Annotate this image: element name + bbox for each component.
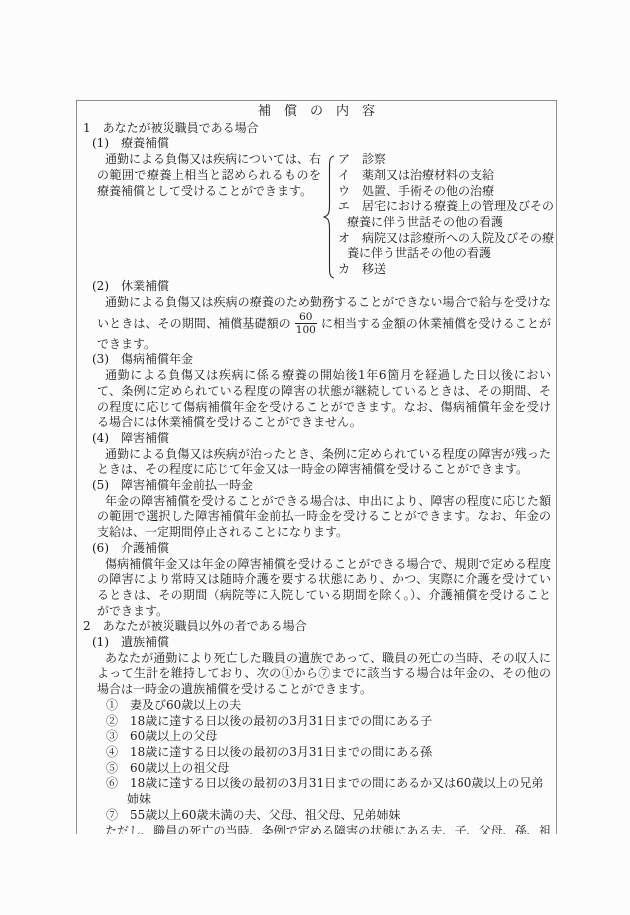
section-1-heading: 1 あなたが被災職員である場合 <box>77 121 556 137</box>
survivor-eligibility-list: ① 妻及び60歳以上の夫 ② 18歳に達する日以後の最初の3月31日までの間にあ… <box>106 698 554 824</box>
scope-item-o: オ 病院又は診療所への入院及びその療養に伴う世話その他の看護 <box>338 231 554 262</box>
injury-pension-body: 通勤による負傷又は疾病に係る療養の開始後1年6箇月を経過した日以後において、条例… <box>97 368 551 431</box>
survivor-item-1: ① 妻及び60歳以上の夫 <box>106 698 554 714</box>
disability-compensation-body: 通勤による負傷又は疾病が治ったとき、条例に定められている程度の障害が残ったときは… <box>97 447 551 478</box>
survivor-item-7: ⑦ 55歳以上60歳未満の夫、父母、祖父母、兄弟姉妹 <box>106 808 554 824</box>
nursing-care-body: 傷病補償年金又は年金の障害補償を受けることができる場合で、規則で定める程度の障害… <box>97 557 551 620</box>
survivor-note: ただし、職員の死亡の当時、条例で定める障害の状態にある夫、子、父母、孫、祖父母又… <box>97 824 551 835</box>
scope-item-e: エ 居宅における療養上の管理及びその療養に伴う世話その他の看護 <box>338 199 554 230</box>
survivor-item-2: ② 18歳に達する日以後の最初の3月31日までの間にある子 <box>106 714 554 730</box>
item-1-3-heading: (3) 傷病補償年金 <box>77 352 556 368</box>
scope-item-a: ア 診察 <box>338 152 554 168</box>
scope-item-u: ウ 処置、手術その他の治療 <box>338 184 554 200</box>
survivor-compensation-body: あなたが通勤により死亡した職員の遺族であって、職員の死亡の当時、その収入によって… <box>97 651 551 698</box>
scope-item-i: イ 薬剤又は治療材料の支給 <box>338 168 554 184</box>
item-1-4-heading: (4) 障害補償 <box>77 431 556 447</box>
brace-icon <box>321 152 336 279</box>
scope-item-ka: カ 移送 <box>338 262 554 278</box>
survivor-item-3: ③ 60歳以上の父母 <box>106 729 554 745</box>
medical-care-body: 通勤による負傷又は疾病については、右の範囲で療養上相当と認められるものを療養補償… <box>97 152 321 199</box>
compensation-document-frame: 補 償 の 内 容 1 あなたが被災職員である場合 (1) 療養補償 通勤による… <box>76 100 557 834</box>
survivor-item-5: ⑤ 60歳以上の祖父母 <box>106 761 554 777</box>
item-1-1-heading: (1) 療養補償 <box>77 136 556 152</box>
leave-compensation-body: 通勤による負傷又は疾病の療養のため勤務することができない場合で給与を受けないとき… <box>97 295 551 353</box>
survivor-item-6: ⑥ 18歳に達する日以後の最初の3月31日までの間にあるか又は60歳以上の兄弟姉… <box>106 776 554 807</box>
medical-care-row: 通勤による負傷又は疾病については、右の範囲で療養上相当と認められるものを療養補償… <box>97 152 554 279</box>
fraction-numerator: 60 <box>299 311 312 324</box>
medical-scope-list: ア 診察 イ 薬剤又は治療材料の支給 ウ 処置、手術その他の治療 エ 居宅におけ… <box>336 152 554 278</box>
survivor-item-4: ④ 18歳に達する日以後の最初の3月31日までの間にある孫 <box>106 745 554 761</box>
item-2-1-heading: (1) 遺族補償 <box>77 635 556 651</box>
item-1-6-heading: (6) 介護補償 <box>77 541 556 557</box>
item-1-2-heading: (2) 休業補償 <box>77 279 556 295</box>
fraction-denominator: 100 <box>295 323 317 337</box>
fraction-60-100: 60100 <box>295 311 317 337</box>
advance-lump-sum-body: 年金の障害補償を受けることができる場合は、申出により、障害の程度に応じた額の範囲… <box>97 494 551 541</box>
page-title: 補 償 の 内 容 <box>77 104 556 120</box>
section-2-heading: 2 あなたが被災職員以外の者である場合 <box>77 619 556 635</box>
item-1-5-heading: (5) 障害補償年金前払一時金 <box>77 478 556 494</box>
